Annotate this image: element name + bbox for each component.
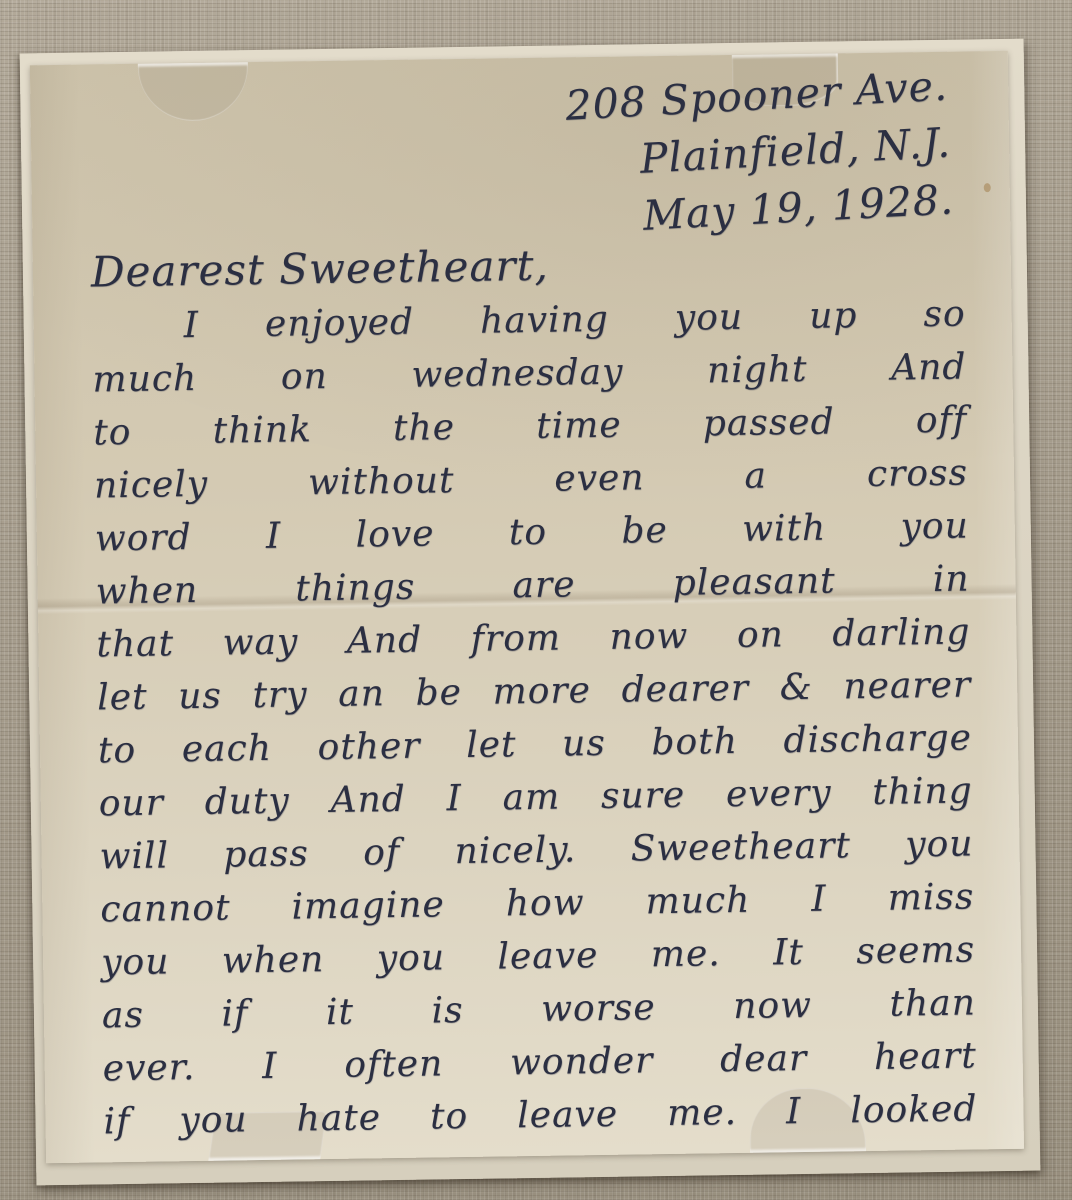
word: passed: [702, 395, 835, 450]
word: us: [178, 670, 222, 724]
word: leave: [517, 1088, 619, 1142]
word: try: [252, 668, 308, 722]
word: to: [430, 1090, 469, 1144]
word: you: [905, 817, 974, 871]
word: an: [338, 667, 385, 721]
word: much: [645, 874, 750, 929]
word: are: [512, 558, 576, 612]
word: cross: [867, 446, 969, 500]
word: nicely: [94, 458, 209, 513]
word: the: [393, 401, 456, 455]
word: And: [891, 341, 967, 395]
word: if: [221, 987, 249, 1040]
word: of: [363, 826, 401, 880]
word: I: [811, 873, 827, 926]
word: &: [779, 661, 813, 714]
word: us: [562, 717, 606, 771]
word: worse: [541, 981, 656, 1036]
word: I: [266, 510, 282, 563]
word: enjoyed: [265, 296, 415, 351]
word: dear: [720, 1032, 808, 1086]
word: cannot: [100, 881, 231, 936]
word: It: [773, 926, 804, 979]
word: heart: [874, 1029, 977, 1084]
word: word: [94, 511, 192, 565]
word: much: [92, 352, 197, 407]
word: love: [355, 507, 435, 561]
word: I: [446, 772, 462, 825]
word: having: [480, 293, 610, 348]
word: to: [98, 724, 137, 778]
word: to: [93, 406, 132, 460]
word: I: [183, 299, 199, 352]
word: off: [915, 393, 967, 447]
word: with: [742, 502, 827, 556]
word: nicely.: [454, 823, 576, 878]
word: both: [651, 715, 738, 769]
word: miss: [887, 870, 974, 924]
word: me.: [667, 1086, 738, 1140]
word: how: [505, 876, 584, 930]
word: when: [95, 564, 198, 619]
word: you: [900, 499, 969, 553]
word: duty: [204, 775, 290, 829]
word: be: [621, 504, 668, 558]
word: each: [181, 722, 272, 776]
word: let: [97, 671, 148, 725]
fabric-background: 208 Spooner Ave. Plainfield, N.J. May 19…: [0, 0, 1072, 1200]
word: hate: [296, 1091, 381, 1145]
word: you: [674, 291, 743, 345]
word: wednesday: [411, 346, 624, 402]
word: if: [103, 1095, 131, 1148]
word: nearer: [843, 658, 971, 713]
word: time: [536, 399, 622, 453]
word: is: [431, 984, 464, 1037]
word: up: [809, 289, 858, 343]
word: will: [99, 829, 169, 883]
word: a: [744, 449, 767, 502]
word: looked: [850, 1082, 978, 1137]
word: more: [492, 664, 591, 718]
word: than: [889, 976, 976, 1030]
word: discharge: [783, 711, 972, 767]
word: ever.: [102, 1041, 195, 1095]
word: I: [262, 1040, 278, 1093]
word: thing: [872, 764, 973, 818]
word: you: [101, 935, 170, 989]
word: as: [102, 989, 145, 1043]
word: wonder: [510, 1034, 654, 1089]
word: imagine: [291, 878, 445, 933]
word: And: [346, 614, 422, 668]
word: from: [470, 612, 561, 666]
word: me.: [650, 927, 721, 981]
word: on: [737, 608, 785, 662]
word: every: [726, 767, 832, 822]
word: in: [932, 552, 969, 606]
word: often: [344, 1037, 444, 1091]
word: it: [326, 986, 355, 1039]
word: pass: [223, 827, 309, 881]
word: even: [554, 451, 645, 505]
word: am: [502, 771, 560, 825]
word: you: [376, 931, 445, 985]
word: pleasant: [672, 554, 836, 609]
word: when: [221, 933, 324, 988]
word: let: [466, 718, 517, 772]
word: darling: [832, 605, 971, 660]
letter-paper: 208 Spooner Ave. Plainfield, N.J. May 19…: [30, 51, 1024, 1163]
word: way: [222, 615, 298, 669]
word: things: [295, 561, 416, 616]
word: leave: [497, 929, 599, 983]
word: now: [609, 610, 688, 664]
word: to: [508, 506, 547, 560]
word: on: [280, 350, 328, 404]
backing-board: 208 Spooner Ave. Plainfield, N.J. May 19…: [20, 39, 1041, 1186]
word: think: [212, 403, 312, 457]
letter-body: Ienjoyedhavingyouupsomuchonwednesdaynigh…: [91, 288, 977, 1149]
word: other: [317, 720, 421, 775]
word: so: [923, 288, 966, 342]
word: now: [733, 979, 812, 1033]
word: And: [330, 773, 406, 827]
word: I: [786, 1085, 802, 1138]
letter-content: 208 Spooner Ave. Plainfield, N.J. May 19…: [30, 51, 1024, 1163]
word: night: [707, 343, 808, 397]
word: Sweetheart: [630, 819, 851, 875]
word: without: [308, 454, 455, 509]
word: our: [98, 776, 164, 830]
word: you: [179, 1093, 248, 1147]
word: dearer: [621, 662, 749, 717]
word: that: [96, 617, 174, 671]
word: be: [415, 666, 462, 720]
word: sure: [601, 769, 686, 823]
word: seems: [856, 923, 975, 978]
